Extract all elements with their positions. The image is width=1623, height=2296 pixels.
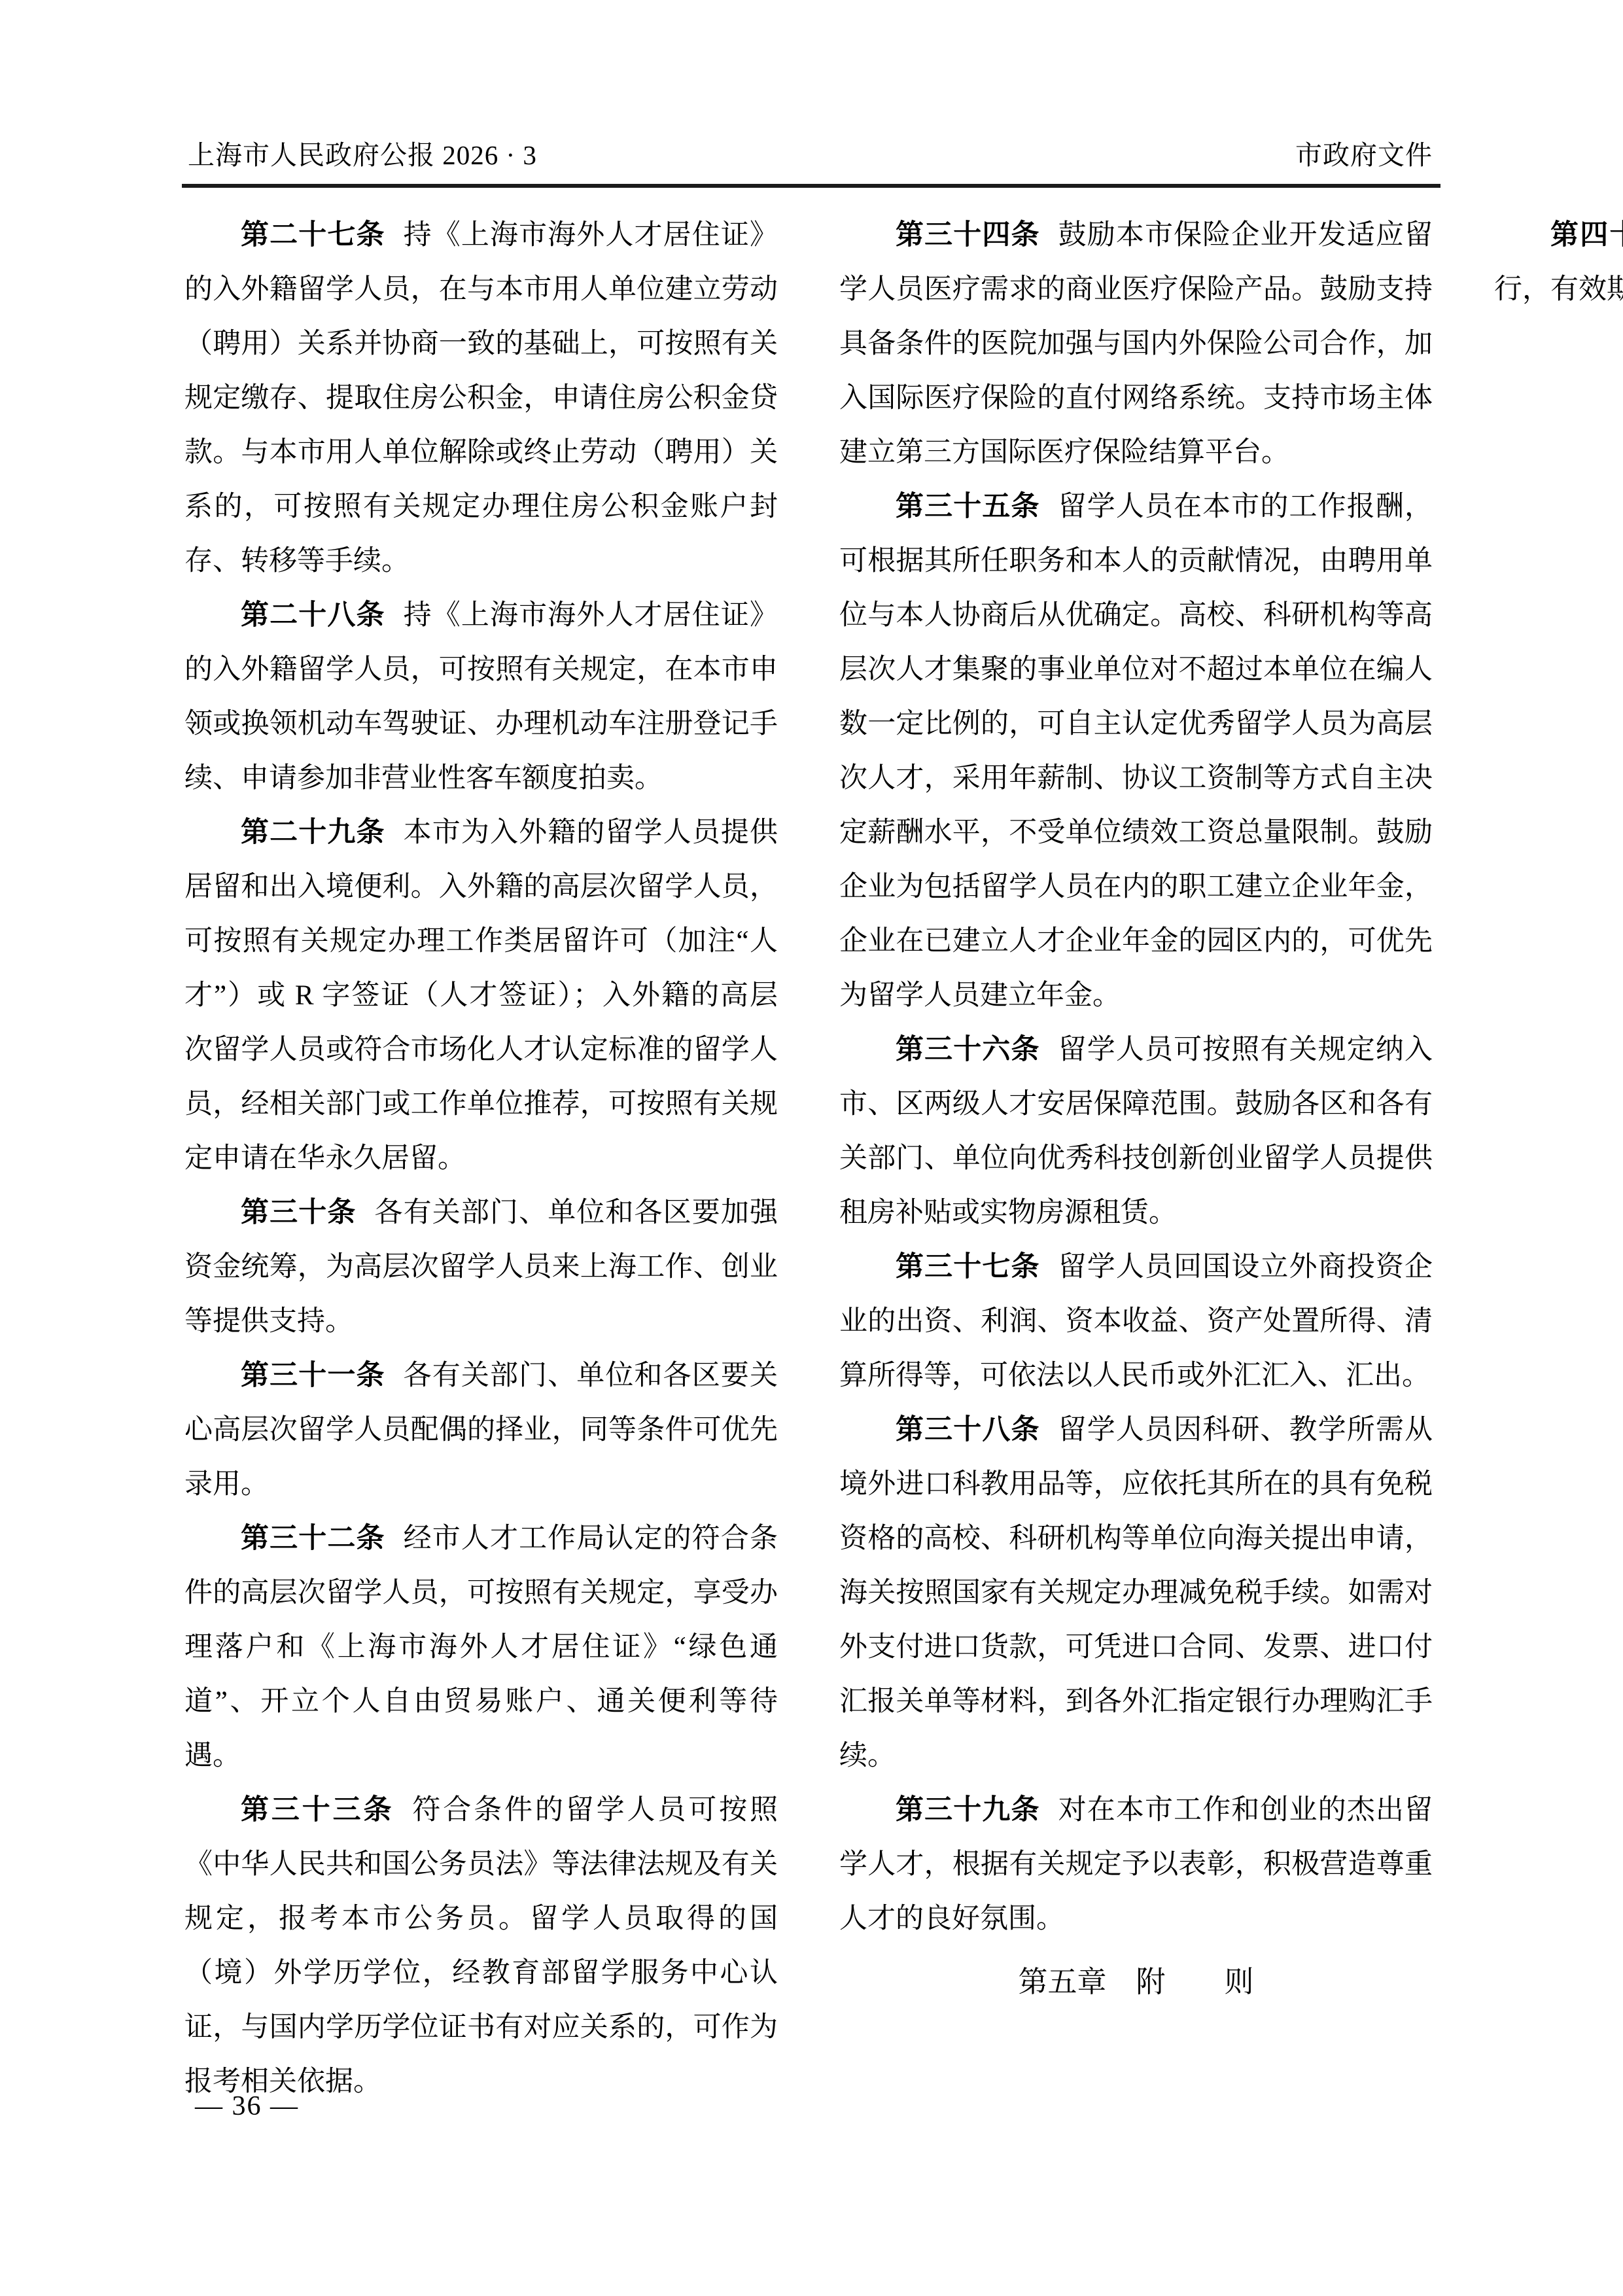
article-paragraph: 第四十条本规定自 2026 年 2 月 1 日起施行，有效期至 2031 年 1… bbox=[1494, 208, 1623, 317]
article-text: 持《上海市海外人才居住证》的入外籍留学人员，在与本市用人单位建立劳动（聘用）关系… bbox=[184, 220, 778, 576]
article-number: 第三十条 bbox=[241, 1197, 356, 1228]
gazette-masthead: 上海市人民政府公报 2026 · 3 bbox=[188, 139, 537, 171]
article-number: 第二十八条 bbox=[241, 599, 385, 631]
article-number: 第二十七条 bbox=[241, 219, 385, 251]
header-divider-rule bbox=[182, 184, 1440, 188]
article-number: 第三十九条 bbox=[896, 1794, 1040, 1826]
article-paragraph: 第三十六条留学人员可按照有关规定纳入市、区两级人才安居保障范围。鼓励各区和各有关… bbox=[839, 1023, 1433, 1240]
article-paragraph: 第二十九条本市为入外籍的留学人员提供居留和出入境便利。入外籍的高层次留学人员，可… bbox=[184, 805, 778, 1186]
two-column-body: 第二十七条持《上海市海外人才居住证》的入外籍留学人员，在与本市用人单位建立劳动（… bbox=[184, 208, 1433, 2145]
article-paragraph: 第二十八条持《上海市海外人才居住证》的入外籍留学人员，可按照有关规定，在本市申领… bbox=[184, 588, 778, 805]
chapter-heading: 第五章 附 则 bbox=[839, 1955, 1433, 2009]
article-paragraph: 第三十五条留学人员在本市的工作报酬，可根据其所任职务和本人的贡献情况，由聘用单位… bbox=[839, 480, 1433, 1023]
article-number: 第三十一条 bbox=[241, 1360, 385, 1391]
article-number: 第三十四条 bbox=[896, 219, 1040, 251]
article-text: 本市为入外籍的留学人员提供居留和出入境便利。入外籍的高层次留学人员，可按照有关规… bbox=[184, 817, 778, 1174]
article-number: 第三十八条 bbox=[896, 1414, 1040, 1445]
article-text: 留学人员在本市的工作报酬，可根据其所任职务和本人的贡献情况，由聘用单位与本人协商… bbox=[839, 491, 1433, 1011]
article-number: 第二十九条 bbox=[241, 817, 385, 848]
article-paragraph: 第三十四条鼓励本市保险企业开发适应留学人员医疗需求的商业医疗保险产品。鼓励支持具… bbox=[839, 208, 1433, 480]
article-number: 第三十七条 bbox=[896, 1251, 1040, 1282]
article-text: 经市人才工作局认定的符合条件的高层次留学人员，可按照有关规定，享受办理落户和《上… bbox=[184, 1523, 778, 1771]
article-number: 第四十条 bbox=[1550, 219, 1623, 251]
article-number: 第三十六条 bbox=[896, 1034, 1040, 1065]
article-number: 第三十二条 bbox=[241, 1523, 385, 1554]
article-text: 符合条件的留学人员可按照《中华人民共和国公务员法》等法律法规及有关规定，报考本市… bbox=[184, 1795, 778, 2097]
article-number: 第三十五条 bbox=[896, 491, 1040, 522]
article-paragraph: 第二十七条持《上海市海外人才居住证》的入外籍留学人员，在与本市用人单位建立劳动（… bbox=[184, 208, 778, 588]
article-paragraph: 第三十九条对在本市工作和创业的杰出留学人才，根据有关规定予以表彰，积极营造尊重人… bbox=[839, 1783, 1433, 1946]
article-paragraph: 第三十七条留学人员回国设立外商投资企业的出资、利润、资本收益、资产处置所得、清算… bbox=[839, 1240, 1433, 1403]
article-paragraph: 第三十一条各有关部门、单位和各区要关心高层次留学人员配偶的择业，同等条件可优先录… bbox=[184, 1349, 778, 1511]
page-footer: — 36 — bbox=[195, 2090, 299, 2123]
page-number: — 36 — bbox=[195, 2091, 299, 2121]
article-text: 留学人员因科研、教学所需从境外进口科教用品等，应依托其所在的具有免税资格的高校、… bbox=[839, 1415, 1433, 1771]
section-label: 市政府文件 bbox=[1295, 139, 1433, 171]
article-paragraph: 第三十条各有关部门、单位和各区要加强资金统筹，为高层次留学人员来上海工作、创业等… bbox=[184, 1186, 778, 1349]
article-paragraph: 第三十八条留学人员因科研、教学所需从境外进口科教用品等，应依托其所在的具有免税资… bbox=[839, 1403, 1433, 1783]
gazette-page: 上海市人民政府公报 2026 · 3 市政府文件 第二十七条持《上海市海外人才居… bbox=[0, 0, 1623, 2296]
page-header: 上海市人民政府公报 2026 · 3 市政府文件 bbox=[188, 139, 1433, 171]
article-text: 鼓励本市保险企业开发适应留学人员医疗需求的商业医疗保险产品。鼓励支持具备条件的医… bbox=[839, 220, 1433, 468]
article-paragraph: 第三十二条经市人才工作局认定的符合条件的高层次留学人员，可按照有关规定，享受办理… bbox=[184, 1511, 778, 1783]
article-number: 第三十三条 bbox=[241, 1794, 394, 1826]
article-paragraph: 第三十三条符合条件的留学人员可按照《中华人民共和国公务员法》等法律法规及有关规定… bbox=[184, 1783, 778, 2109]
